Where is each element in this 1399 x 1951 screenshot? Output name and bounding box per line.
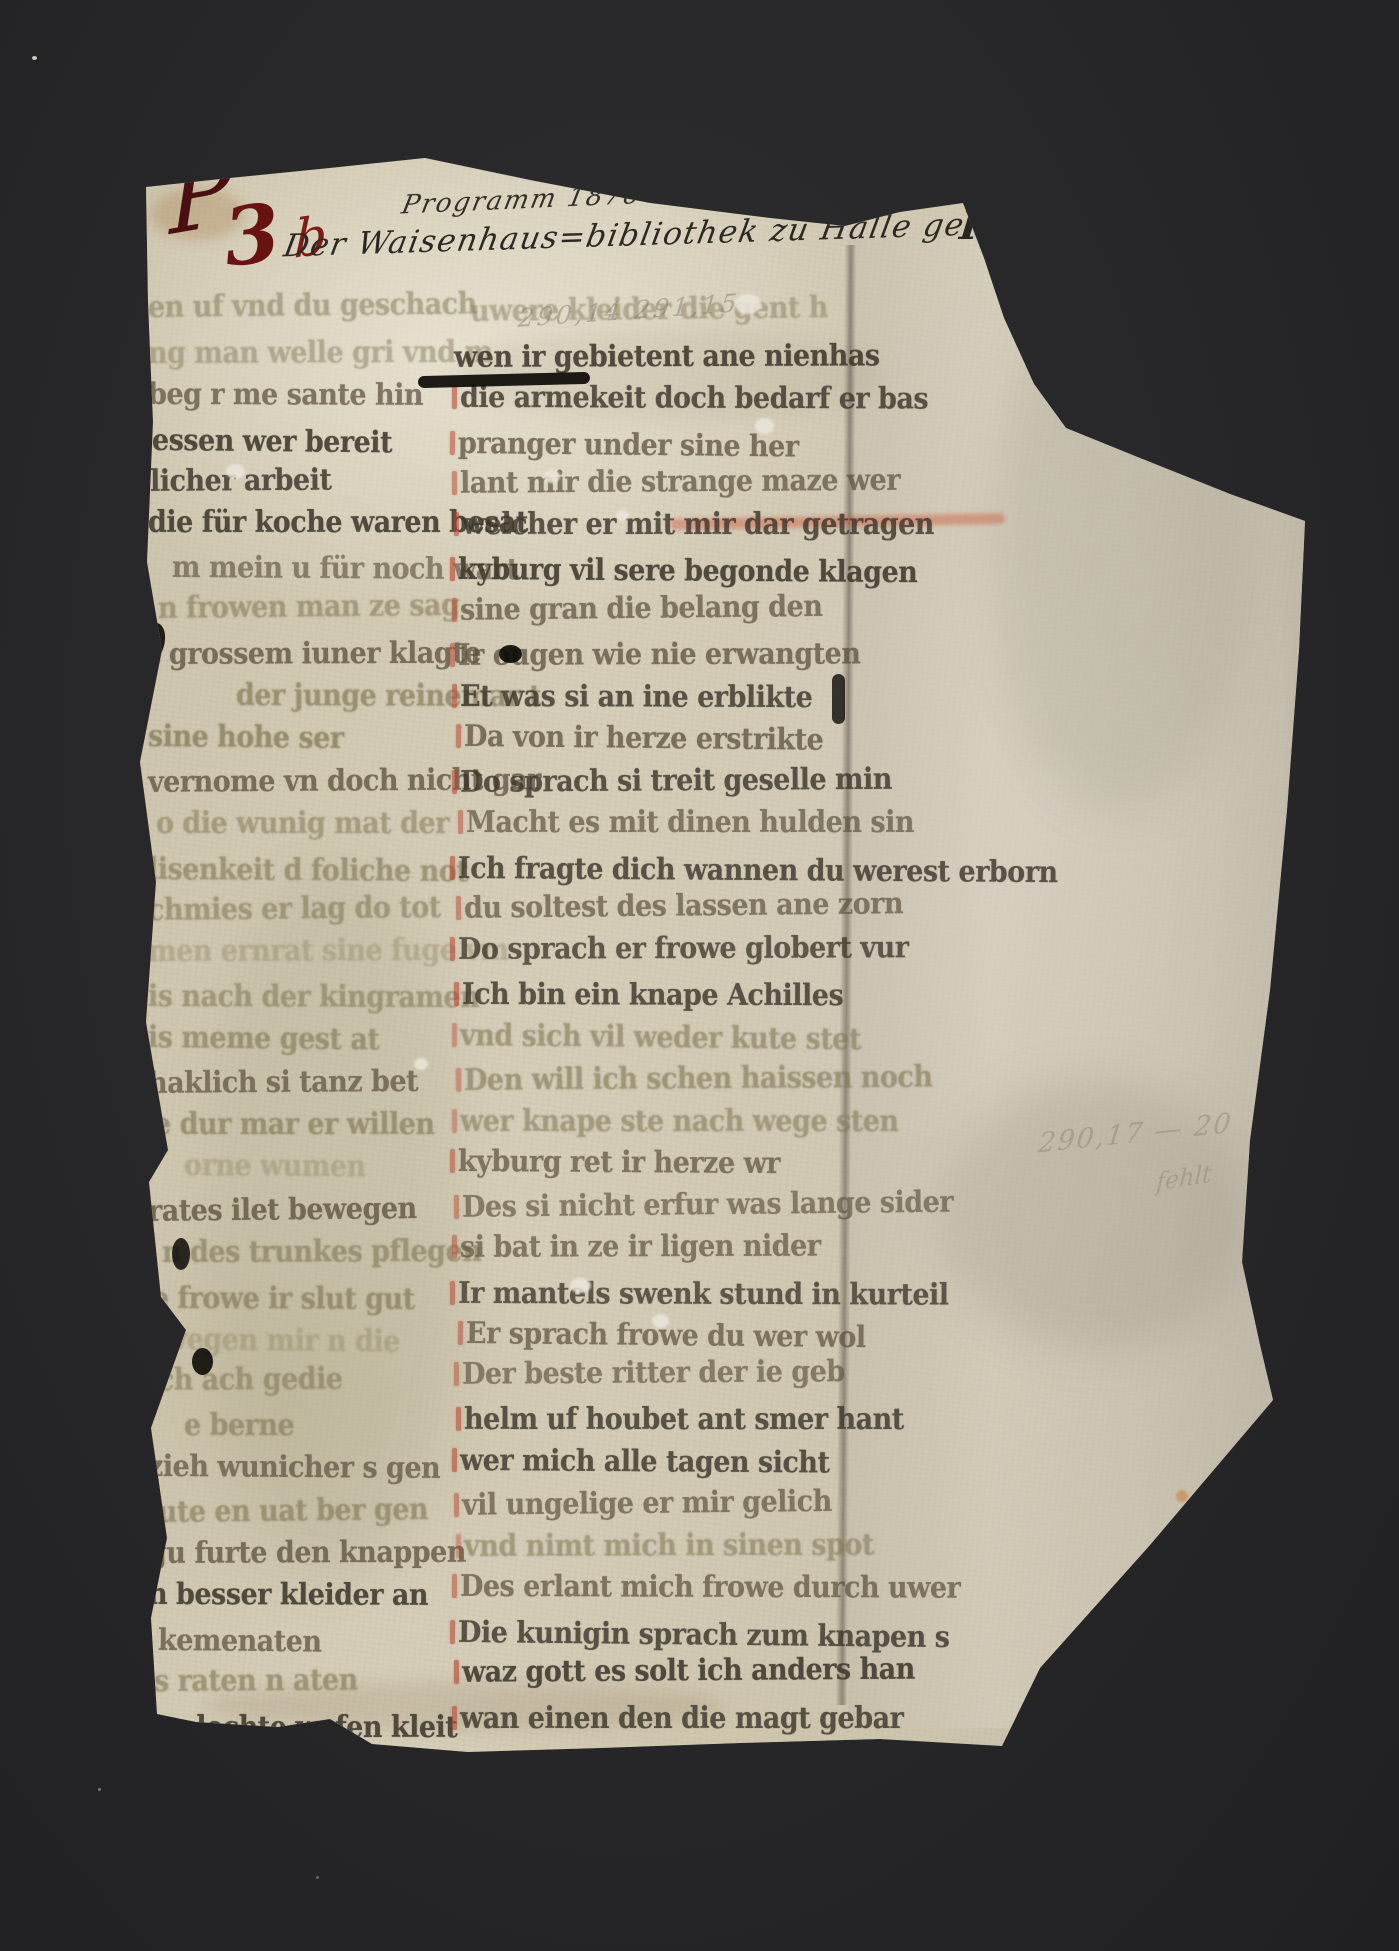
line-text: haklich si tanz bet bbox=[148, 1067, 418, 1099]
manuscript-text-line: n des trunkes pflegen bbox=[162, 1238, 481, 1266]
manuscript-text-line: lisenkeit d foliche not bbox=[148, 856, 468, 885]
manuscript-text-line: kyburg vil sere begonde klagen bbox=[450, 556, 918, 586]
manuscript-text-line: n frowen man ze sag bbox=[158, 592, 460, 622]
manuscript-text-line: Et was si an ine erblikte bbox=[452, 683, 812, 711]
line-text: e frowe ir slut gut bbox=[152, 1283, 415, 1314]
flaked-spot bbox=[735, 294, 761, 314]
line-text: is nach der kingramen bbox=[148, 982, 479, 1013]
line-text: ich ach gedie bbox=[148, 1364, 343, 1395]
rubric-stroke bbox=[452, 1448, 457, 1472]
rubric-stroke bbox=[454, 1493, 459, 1517]
manuscript-text-line: sine hohe ser bbox=[148, 723, 344, 752]
line-text: wan einen den die magt gebar bbox=[460, 1703, 903, 1733]
manuscript-leaf: P 3 b Programm 1876 №3 Der Waisenhaus=bi… bbox=[0, 0, 1399, 1951]
rubric-stroke bbox=[452, 1235, 457, 1259]
rubric-stroke bbox=[456, 896, 461, 920]
manuscript-text-line: beg r me sante hin bbox=[148, 381, 423, 409]
line-text: kyburg vil sere begonde klagen bbox=[458, 555, 918, 588]
line-text: gu furte den knappen bbox=[148, 1538, 466, 1569]
line-text: Des si nicht erfur was lange sider bbox=[462, 1187, 953, 1222]
line-text: lute en uat ber gen bbox=[148, 1495, 428, 1528]
line-text: vnd sich vil weder kute stet bbox=[460, 1020, 861, 1054]
rubric-stroke bbox=[450, 557, 455, 581]
manuscript-text-line: kyburg ret ir herze wr bbox=[450, 1148, 780, 1177]
photo-background: P 3 b Programm 1876 №3 Der Waisenhaus=bi… bbox=[0, 0, 1399, 1951]
rubric-stroke bbox=[454, 982, 459, 1006]
rubric-stroke bbox=[458, 810, 463, 834]
manuscript-text-line: wan einen den die magt gebar bbox=[452, 1705, 903, 1732]
line-text: essen wer bereit bbox=[152, 425, 392, 457]
program-inscription: Programm 1876 №3 bbox=[399, 177, 700, 220]
rubric-stroke bbox=[456, 1407, 461, 1431]
rubric-stroke bbox=[454, 1361, 459, 1385]
rubric-stroke bbox=[450, 1620, 455, 1644]
manuscript-text-line: Do sprach si treit geselle min bbox=[452, 765, 892, 795]
manuscript-text-line: vil ungelige er mir gelich bbox=[454, 1488, 832, 1519]
manuscript-text-line: Ich bin ein knape Achilles bbox=[454, 981, 843, 1009]
line-text: Ir mantels swenk stund in kurteil bbox=[458, 1278, 949, 1309]
manuscript-text-line: gu furte den knappen bbox=[148, 1539, 466, 1567]
edge-tear bbox=[172, 1238, 190, 1270]
rubric-stroke bbox=[454, 1660, 459, 1684]
line-text: en uf vnd du geschach bbox=[148, 289, 477, 322]
manuscript-text-line: Ich fragte dich wannen du werest erborn bbox=[450, 855, 1058, 886]
flaked-spot bbox=[570, 1278, 591, 1293]
line-text: wer knape ste nach wege sten bbox=[460, 1106, 899, 1136]
line-text: n frowen man ze sag bbox=[158, 591, 460, 624]
line-text: Ich bin ein knape Achilles bbox=[462, 980, 843, 1011]
leaf-number: II bbox=[958, 202, 1000, 249]
line-text: t grossem iuner klagte bbox=[148, 639, 481, 670]
rubric-stroke bbox=[450, 1281, 455, 1305]
manuscript-text-line: die armekeit doch bedarf er bas bbox=[452, 384, 928, 413]
rubric-stroke bbox=[450, 643, 455, 667]
manuscript-text-line: chmies er lag do tot bbox=[148, 894, 441, 924]
line-text: e dur mar er willen bbox=[154, 1110, 435, 1140]
manuscript-text-line: Ir mantels swenk stund in kurteil bbox=[450, 1280, 949, 1309]
manuscript-text-line: Des erlant mich frowe durch uwer bbox=[452, 1573, 960, 1602]
manuscript-text-line: wen ir gebietent ane nienhas bbox=[454, 342, 880, 370]
line-text: waz gott es solt ich anders han bbox=[462, 1654, 915, 1687]
line-text: o die wunig mat der bbox=[156, 808, 449, 838]
manuscript-text-line: welcher er mit mir dar getragen bbox=[454, 511, 934, 538]
manuscript-text-line: e frowe ir slut gut bbox=[152, 1285, 415, 1313]
flaked-spot bbox=[544, 470, 560, 483]
manuscript-text-line: lant mir die strange maze wer bbox=[452, 467, 900, 497]
rubric-stroke bbox=[450, 856, 455, 880]
line-text: orne wumen bbox=[184, 1151, 366, 1182]
manuscript-text-line: wer mich alle tagen sicht bbox=[452, 1447, 830, 1477]
manuscript-text-line: uwere kleider die gent h bbox=[470, 294, 828, 325]
flaked-spot bbox=[414, 1058, 428, 1070]
rubric-stroke bbox=[454, 1194, 459, 1218]
flaked-spot bbox=[896, 188, 909, 198]
line-text: e berne bbox=[184, 1411, 294, 1441]
manuscript-text-line: ich ach gedie bbox=[148, 1365, 343, 1393]
manuscript-text-line: zieh wunicher s gen bbox=[148, 1453, 440, 1482]
dust-speck bbox=[32, 56, 37, 60]
line-text: lisenkeit d foliche not bbox=[148, 854, 468, 886]
manuscript-text-line: e berne bbox=[184, 1412, 294, 1439]
manuscript-text-line: orne wumen bbox=[184, 1152, 366, 1180]
manuscript-text-line: o die wunig mat der bbox=[156, 810, 449, 837]
manuscript-text-line: Do sprach er frowe globert vur bbox=[450, 934, 909, 963]
line-text: Den will ich schen haissen noch bbox=[464, 1062, 933, 1095]
manuscript-text-line: n besser kleider an bbox=[148, 1581, 428, 1609]
rubric-stroke bbox=[452, 684, 457, 708]
rubric-stroke bbox=[450, 1149, 455, 1173]
line-text: n besser kleider an bbox=[148, 1580, 428, 1611]
line-text: kemenaten bbox=[158, 1626, 322, 1657]
line-text: uwere kleider die gent h bbox=[470, 293, 828, 326]
line-text: chmies er lag do tot bbox=[148, 892, 441, 925]
manuscript-text-line: s raten n aten bbox=[154, 1666, 358, 1694]
rubric-stroke bbox=[452, 1574, 457, 1598]
line-text: si bat in ze ir ligen nider bbox=[460, 1231, 821, 1262]
manuscript-text-line: sine gran die belang den bbox=[452, 593, 823, 624]
manuscript-text-line: pranger under sine her bbox=[450, 430, 799, 461]
dust-speck bbox=[98, 1788, 101, 1791]
manuscript-text-line: waz gott es solt ich anders han bbox=[454, 1656, 915, 1686]
flaked-spot bbox=[652, 1314, 669, 1328]
line-text: wen ir gebietent ane nienhas bbox=[454, 341, 880, 372]
line-text: beg r me sante hin bbox=[148, 379, 423, 410]
rubric-stroke bbox=[450, 936, 455, 960]
manuscript-text-line: t grossem iuner klagte bbox=[148, 640, 481, 668]
manuscript-text-line: kemenaten bbox=[158, 1627, 322, 1656]
edge-tear bbox=[192, 1348, 213, 1375]
wormhole bbox=[499, 645, 522, 663]
manuscript-text-line: haklich si tanz bet bbox=[148, 1068, 418, 1097]
manuscript-text-line: Da von ir herze erstrikte bbox=[456, 723, 824, 754]
flaked-spot bbox=[226, 464, 245, 479]
line-text: vil ungelige er mir gelich bbox=[462, 1487, 832, 1521]
manuscript-text-line: is meme gest at bbox=[148, 1024, 380, 1053]
line-text: Do sprach si treit geselle min bbox=[460, 764, 892, 797]
line-text: is meme gest at bbox=[148, 1023, 380, 1055]
manuscript-text-line: essen wer bereit bbox=[152, 427, 392, 457]
rubric-stroke bbox=[452, 1023, 457, 1047]
manuscript-text-line: vnd sich vil weder kute stet bbox=[452, 1022, 861, 1053]
manuscript-text-line: Macht es mit dinen hulden sin bbox=[458, 809, 914, 836]
line-text: welcher er mit mir dar getragen bbox=[462, 509, 934, 539]
manuscript-text-line: is nach der kingramen bbox=[148, 983, 479, 1011]
line-text: Die kunigin sprach zum knapen s bbox=[458, 1617, 950, 1652]
crease-dark-mark bbox=[832, 674, 845, 724]
line-text: Do sprach er frowe globert vur bbox=[458, 933, 909, 964]
text-column-right: uwere kleider die gent hwen ir gebietent… bbox=[450, 300, 1030, 1760]
rubric-stroke bbox=[452, 385, 457, 409]
rubric-stroke bbox=[450, 431, 455, 455]
rubric-stroke bbox=[452, 597, 457, 621]
line-text: rates ilet bewegen bbox=[148, 1194, 417, 1227]
manuscript-text-line: helm uf houbet ant smer hant bbox=[456, 1406, 904, 1433]
line-text: sine gran die belang den bbox=[460, 591, 823, 624]
rubric-stroke bbox=[452, 471, 457, 495]
line-text: Macht es mit dinen hulden sin bbox=[466, 808, 914, 838]
manuscript-text-line: du soltest des lassen ane zorn bbox=[456, 890, 903, 922]
line-text: Der beste ritter der ie geb bbox=[462, 1356, 845, 1388]
line-text: e slechte wafen kleit bbox=[156, 1712, 457, 1742]
line-text: wer mich alle tagen sicht bbox=[460, 1445, 830, 1477]
rubric-stroke bbox=[452, 769, 457, 793]
manuscript-text-line: rates ilet bewegen bbox=[148, 1195, 417, 1225]
manuscript-text-line: en uf vnd du geschach bbox=[148, 291, 477, 321]
shelfmark-number: 3 bbox=[219, 185, 284, 284]
rubric-stroke bbox=[452, 1706, 457, 1730]
line-text: kyburg ret ir herze wr bbox=[458, 1147, 780, 1179]
manuscript-text-line: vnd nimt mich in sinen spot bbox=[456, 1531, 874, 1559]
line-text: n des trunkes pflegen bbox=[162, 1236, 481, 1267]
manuscript-text-line: si bat in ze ir ligen nider bbox=[452, 1233, 821, 1261]
line-text: helm uf houbet ant smer hant bbox=[464, 1405, 904, 1435]
line-text: pranger under sine her bbox=[458, 428, 799, 461]
line-text: die armekeit doch bedarf er bas bbox=[460, 383, 928, 414]
line-text: zieh wunicher s gen bbox=[148, 1452, 440, 1484]
manuscript-text-line: wer knape ste nach wege sten bbox=[452, 1108, 899, 1135]
line-text: Et was si an ine erblikte bbox=[460, 681, 812, 712]
line-text: du soltest des lassen ane zorn bbox=[464, 889, 903, 923]
rubric-stroke bbox=[456, 724, 461, 748]
rubric-stroke bbox=[452, 1109, 457, 1133]
line-text: Ich fragte dich wannen du werest erborn bbox=[458, 853, 1058, 887]
line-text: sine hohe ser bbox=[148, 722, 344, 754]
manuscript-text-line: Des si nicht erfur was lange sider bbox=[454, 1188, 953, 1220]
manuscript-text-line: Die kunigin sprach zum knapen s bbox=[450, 1619, 950, 1651]
flaked-spot bbox=[616, 510, 629, 521]
dust-speck bbox=[316, 1876, 319, 1879]
flaked-spot bbox=[755, 418, 774, 434]
line-text: s raten n aten bbox=[154, 1665, 358, 1696]
manuscript-text-line: lute en uat ber gen bbox=[148, 1496, 428, 1526]
line-text: Da von ir herze erstrikte bbox=[464, 722, 824, 755]
line-text: Des erlant mich frowe durch uwer bbox=[460, 1572, 960, 1603]
manuscript-text-line: Der beste ritter der ie geb bbox=[454, 1358, 845, 1388]
manuscript-text-line: Den will ich schen haissen noch bbox=[456, 1064, 933, 1094]
manuscript-text-line: e dur mar er willen bbox=[154, 1111, 435, 1138]
rubric-stroke bbox=[454, 512, 459, 536]
manuscript-text-line: e slechte wafen kleit bbox=[156, 1714, 457, 1741]
line-text: ng man welle gri vnd m bbox=[148, 337, 493, 368]
line-text: lant mir die strange maze wer bbox=[460, 466, 900, 499]
rubric-stroke bbox=[458, 1321, 463, 1345]
line-text: vnd nimt mich in sinen spot bbox=[464, 1530, 874, 1561]
manuscript-text-line: ng man welle gri vnd m bbox=[148, 339, 493, 367]
rubric-stroke bbox=[456, 1068, 461, 1092]
stain bbox=[688, 172, 858, 206]
rubric-stroke bbox=[456, 1533, 461, 1557]
text-column-left: en uf vnd du geschachng man welle gri vn… bbox=[148, 296, 478, 1766]
